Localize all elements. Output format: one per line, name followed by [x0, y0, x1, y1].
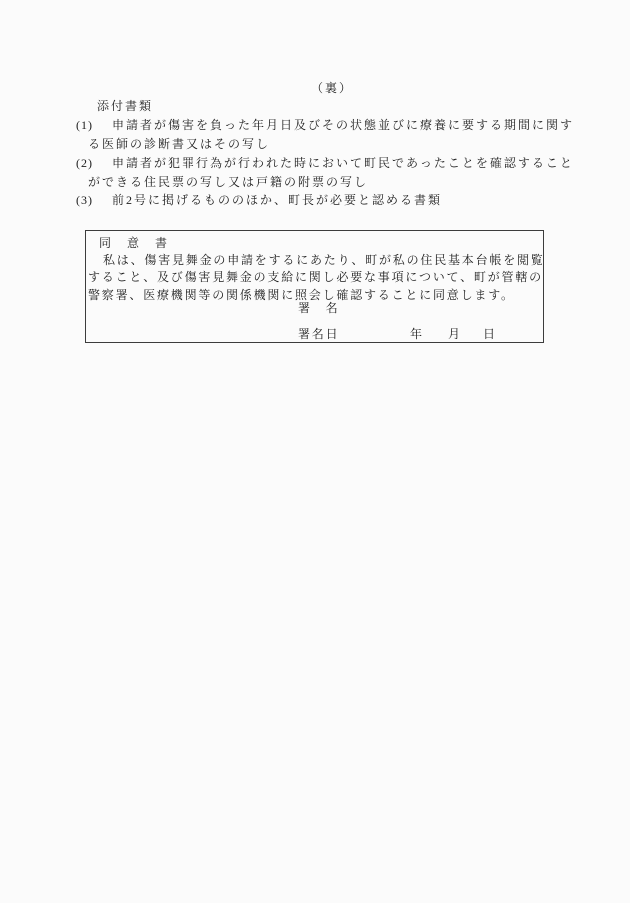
consent-body-line-2: すること、及び傷害見舞金の支給に関し必要な事項について、町が管轄の [88, 271, 543, 284]
attachment-item-2-line-2: ができる住民票の写し又は戸籍の附票の写し [88, 176, 368, 189]
signature-date-label: 署名日 [298, 328, 339, 341]
consent-title: 同 意 書 [99, 237, 169, 250]
attachment-item-1-text: 申請者が傷害を負った年月日及びその状態並びに療養に要する期間に関す [112, 118, 574, 132]
consent-body-line-1: 私は、傷害見舞金の申請をするにあたり、町が私の住民基本台帳を閲覧 [103, 254, 545, 267]
side-label: （裏） [311, 82, 353, 95]
signature-label: 署 名 [298, 302, 339, 315]
attachment-item-3-line-1: (3)前2号に掲げるもののほか、町長が必要と認める書類 [76, 194, 442, 207]
attachment-item-2-number: (2) [76, 157, 112, 170]
attachment-item-1-line-1: (1)申請者が傷害を負った年月日及びその状態並びに療養に要する期間に関す [76, 119, 574, 132]
attachments-heading: 添付書類 [97, 100, 153, 113]
day-label: 日 [483, 328, 497, 341]
year-label: 年 [410, 328, 424, 341]
attachment-item-1-number: (1) [76, 119, 112, 132]
attachment-item-2-line-1: (2)申請者が犯罪行為が行われた時において町民であったことを確認すること [76, 157, 574, 170]
attachment-item-3-text: 前2号に掲げるもののほか、町長が必要と認める書類 [112, 193, 442, 207]
consent-box: 同 意 書 私は、傷害見舞金の申請をするにあたり、町が私の住民基本台帳を閲覧 す… [85, 230, 544, 343]
attachment-item-3-number: (3) [76, 194, 112, 207]
attachment-item-1-line-2: る医師の診断書又はその写し [88, 138, 270, 151]
attachment-item-2-text: 申請者が犯罪行為が行われた時において町民であったことを確認すること [112, 156, 574, 170]
month-label: 月 [448, 328, 462, 341]
document-page: （裏） 添付書類 (1)申請者が傷害を負った年月日及びその状態並びに療養に要する… [0, 0, 630, 903]
